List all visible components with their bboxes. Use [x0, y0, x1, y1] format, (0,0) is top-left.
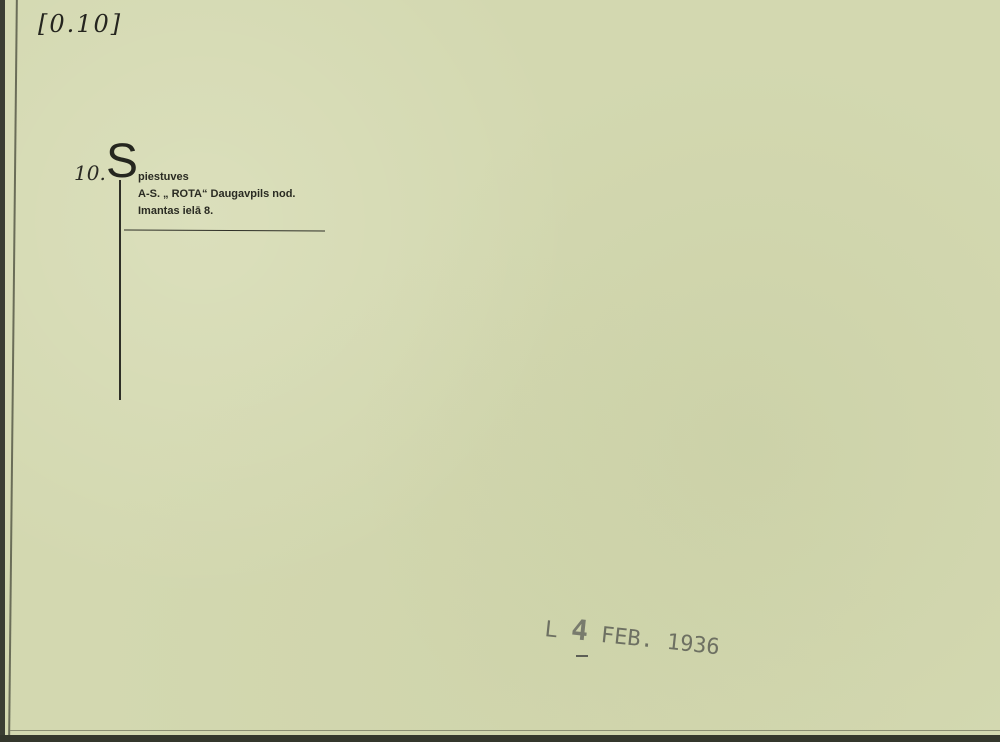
printer-block: piestuves A-S. „ ROTA“ Daugavpils nod. I…: [138, 171, 295, 220]
printer-line-2: A-S. „ ROTA“ Daugavpils nod.: [138, 186, 295, 203]
printer-initial: S: [106, 138, 138, 186]
document-sheet: [0, 0, 1000, 737]
printer-line-1: piestuves: [138, 169, 295, 186]
stamp-prefix: L: [543, 617, 559, 643]
printer-line-3: Imantas ielā 8.: [138, 203, 295, 220]
stamp-day: 4: [570, 613, 590, 648]
page-bottom-line: [10, 730, 1000, 731]
scan-edge-left: [0, 0, 5, 742]
handwritten-note: [0.10]: [38, 10, 122, 38]
ruled-vertical-line: [119, 180, 121, 400]
scan-edge-bottom: [0, 735, 1000, 742]
stamp-dash: [576, 655, 588, 657]
index-number: 10.: [74, 161, 106, 185]
